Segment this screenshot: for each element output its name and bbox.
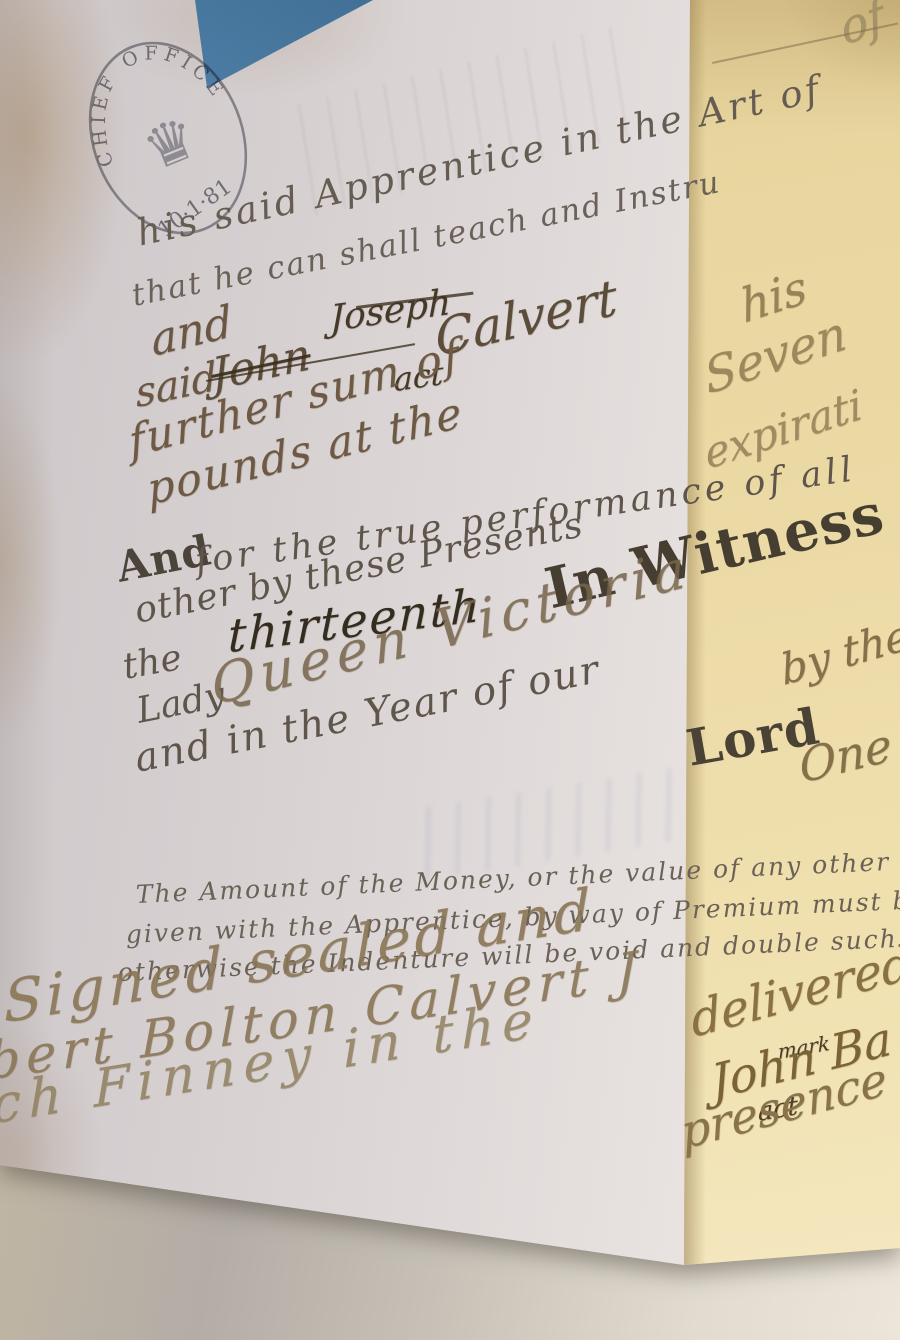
handwritten-calvert: Calvert bbox=[433, 272, 619, 364]
indenture-photo: CHIEF OFFICE ♛ 10·1·81 his said Apprenti… bbox=[0, 0, 900, 1340]
document-text-layer: his said Apprentice in the Art of that h… bbox=[0, 0, 900, 1340]
handwritten-by-the: by the bbox=[778, 613, 900, 692]
printed-the-word: the bbox=[120, 640, 184, 686]
